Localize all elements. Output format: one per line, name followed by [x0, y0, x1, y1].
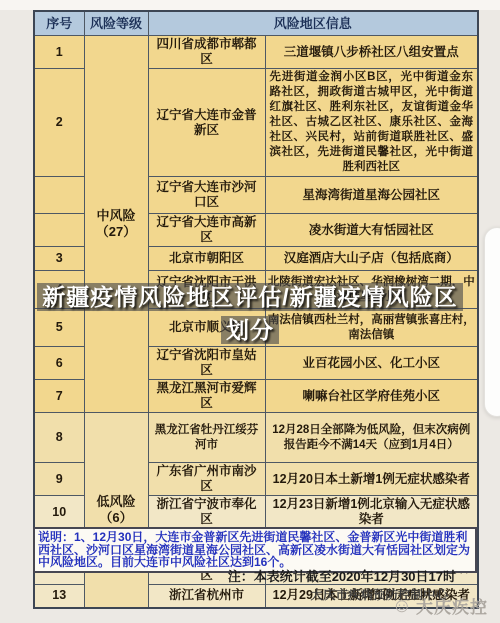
statistics-cutoff-note: 注：本表统计截至2020年12月30日17时 — [228, 566, 456, 585]
info-cell: 先进街道金润小区B区，光中街道金东路社区，拥政街道古城甲区，光中街道红旗社区、胜… — [265, 69, 478, 177]
info-cell: 汉庭酒店大山子店（包括底商） — [265, 247, 478, 271]
top-margin-strip — [0, 0, 500, 10]
watermark: ☺ 大庆疾控 — [392, 593, 488, 618]
seq-cell: 8 — [34, 413, 84, 463]
risk-level-low: 低风险（6） — [84, 413, 148, 608]
info-cell: 喇嘛台社区学府佳苑小区 — [265, 380, 478, 413]
info-cell: 12月20日本土新增1例无症状感染者 — [265, 463, 478, 496]
caption-overlay: 新疆疫情风险地区评估/新疆疫情风险区划分 — [28, 281, 472, 347]
daqing-cdc-logo-icon: ☺ — [392, 596, 413, 616]
seq-cell — [34, 214, 84, 247]
info-cell: 12月23日新增1例北京输入无症状感染者 — [265, 496, 478, 529]
watermark-label: 大庆疾控 — [416, 593, 488, 618]
info-cell: 三道堰镇八步桥社区八组安置点 — [265, 36, 478, 69]
seq-cell: 9 — [34, 463, 84, 496]
region-cell: 黑龙江省牡丹江绥芬河市 — [148, 413, 265, 463]
table-row: 8 低风险（6） 黑龙江省牡丹江绥芬河市 12月28日全部降为低风险，但末次病例… — [34, 413, 478, 463]
seq-cell: 2 — [34, 69, 84, 177]
info-cell: 12月28日全部降为低风险，但末次病例报告距今不满14天（应到1月4日） — [265, 413, 478, 463]
seq-cell: 3 — [34, 247, 84, 271]
region-cell: 黑龙江黑河市爱辉区 — [148, 380, 265, 413]
header-level: 风险等级 — [84, 11, 148, 36]
table-row: 1 中风险（27） 四川省成都市郫都区 三道堰镇八步桥社区八组安置点 — [34, 36, 478, 69]
region-cell: 广东省广州市南沙区 — [148, 463, 265, 496]
seq-cell: 6 — [34, 347, 84, 380]
region-cell: 辽宁省大连市高新区 — [148, 214, 265, 247]
header-seq: 序号 — [34, 11, 84, 36]
region-cell: 浙江省宁波市奉化区 — [148, 496, 265, 529]
seq-cell: 7 — [34, 380, 84, 413]
info-cell: 星海湾街道星海公园社区 — [265, 177, 478, 214]
seq-cell: 10 — [34, 496, 84, 529]
info-cell: 凌水街道大有恬园社区 — [265, 214, 478, 247]
risk-level-mid: 中风险（27） — [84, 36, 148, 413]
region-cell: 辽宁省大连市沙河口区 — [148, 177, 265, 214]
region-cell: 北京市朝阳区 — [148, 247, 265, 271]
seq-cell — [34, 177, 84, 214]
region-cell: 四川省成都市郫都区 — [148, 36, 265, 69]
header-info: 风险地区信息 — [148, 11, 478, 36]
region-cell: 辽宁省沈阳市皇姑区 — [148, 347, 265, 380]
region-cell: 浙江省杭州市 — [148, 585, 265, 608]
region-cell: 辽宁省大连市金普新区 — [148, 69, 265, 177]
floating-card — [484, 227, 500, 417]
seq-cell: 13 — [34, 585, 84, 608]
info-cell: 业百花园小区、化工小区 — [265, 347, 478, 380]
table-header-row: 序号 风险等级 风险地区信息 — [34, 11, 478, 36]
seq-cell: 1 — [34, 36, 84, 69]
caption-overlay-text: 新疆疫情风险地区评估/新疆疫情风险区划分 — [37, 283, 462, 344]
